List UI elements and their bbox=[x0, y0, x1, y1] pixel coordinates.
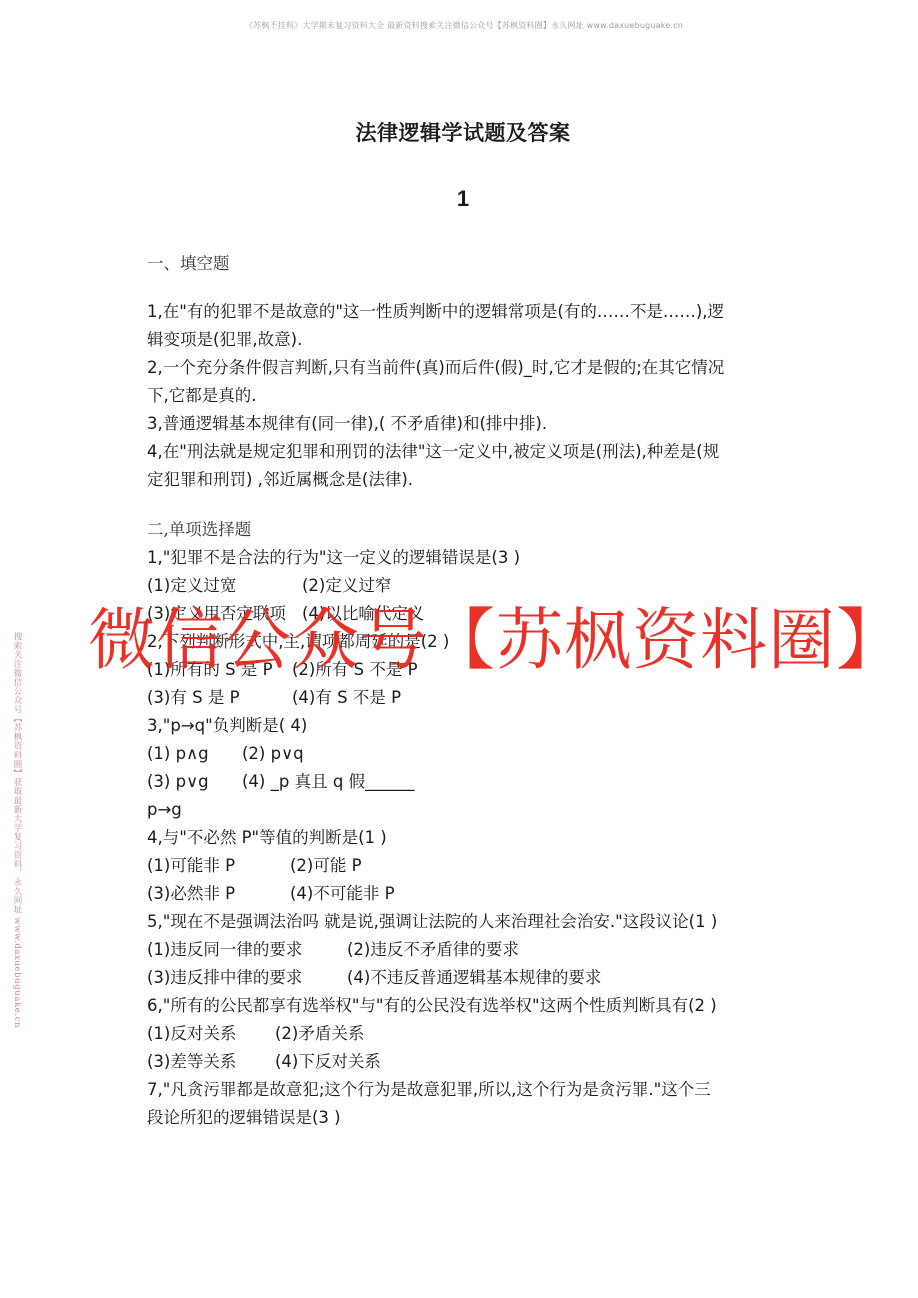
option: (2)可能 P bbox=[290, 852, 362, 880]
option: (1) p∧g bbox=[147, 740, 242, 768]
question-stem: 7,"凡贪污罪都是故意犯;这个行为是故意犯罪,所以,这个行为是贪污罪."这个三 bbox=[147, 1076, 777, 1104]
question-stem: 2,下列判断形式中,主,谓项都周延的是(2 ) bbox=[147, 628, 777, 656]
paragraph-line: 4,在"刑法就是规定犯罪和刑罚的法律"这一定义中,被定义项是(刑法),种差是(规 bbox=[147, 438, 777, 466]
header-banner: 《苏枫不挂科》大学期末复习资料大全 最新资料搜索关注微信公众号【苏枫资料圈】永久… bbox=[0, 20, 918, 31]
paragraph-line: 下,它都是真的. bbox=[147, 382, 777, 410]
option-row: (3)定义用否定联项(4)以比喻代定义 bbox=[147, 600, 777, 628]
option: (2)定义过窄 bbox=[302, 572, 391, 600]
question-stem: 6,"所有的公民都享有选举权"与"有的公民没有选举权"这两个性质判断具有(2 ) bbox=[147, 992, 777, 1020]
option: (1)定义过宽 bbox=[147, 572, 302, 600]
side-banner: 搜索关注微信公众号【苏枫资料圈】获取最新大学复习资料，永久网址 www.daxu… bbox=[10, 632, 24, 1028]
option: (2) p∨q bbox=[242, 740, 304, 768]
document-body: 一、填空题 1,在"有的犯罪不是故意的"这一性质判断中的逻辑常项是(有的……不是… bbox=[147, 250, 777, 1132]
option-row: (1)违反同一律的要求(2)违反不矛盾律的要求 bbox=[147, 936, 777, 964]
option: (3)有 S 是 P bbox=[147, 684, 292, 712]
option: (2)违反不矛盾律的要求 bbox=[347, 936, 519, 964]
option: (4)不违反普通逻辑基本规律的要求 bbox=[347, 964, 601, 992]
option-row: (3) p∨g(4) _p 真且 q 假______ bbox=[147, 768, 777, 796]
option-row: (1)所有的 S 是 P(2)所有 S 不是 P bbox=[147, 656, 777, 684]
paragraph-line: 3,普通逻辑基本规律有(同一律),( 不矛盾律)和(排中排). bbox=[147, 410, 777, 438]
option: (3)差等关系 bbox=[147, 1048, 275, 1076]
option: (1)违反同一律的要求 bbox=[147, 936, 347, 964]
paragraph-line: 1,在"有的犯罪不是故意的"这一性质判断中的逻辑常项是(有的……不是……),逻 bbox=[147, 298, 777, 326]
option: (1)反对关系 bbox=[147, 1020, 275, 1048]
option-row: (1)可能非 P(2)可能 P bbox=[147, 852, 777, 880]
option: (2)矛盾关系 bbox=[275, 1020, 364, 1048]
option-row: (3)违反排中律的要求(4)不违反普通逻辑基本规律的要求 bbox=[147, 964, 777, 992]
option-row: (1)反对关系(2)矛盾关系 bbox=[147, 1020, 777, 1048]
option: (4)有 S 不是 P bbox=[292, 684, 401, 712]
question-stem: 5,"现在不是强调法治吗 就是说,强调让法院的人来治理社会治安."这段议论(1 … bbox=[147, 908, 777, 936]
question-stem: 1,"犯罪不是合法的行为"这一定义的逻辑错误是(3 ) bbox=[147, 544, 777, 572]
question-stem: 段论所犯的逻辑错误是(3 ) bbox=[147, 1104, 777, 1132]
document-title: 法律逻辑学试题及答案 bbox=[0, 117, 918, 147]
paragraph-line: 辑变项是(犯罪,故意). bbox=[147, 326, 777, 354]
option: (3)违反排中律的要求 bbox=[147, 964, 347, 992]
section-heading-single-choice: 二,单项选择题 bbox=[147, 516, 777, 544]
paragraph-line: 定犯罪和刑罚) ,邻近属概念是(法律). bbox=[147, 466, 777, 494]
paragraph-line: 2,一个充分条件假言判断,只有当前件(真)而后件(假)_时,它才是假的;在其它情… bbox=[147, 354, 777, 382]
option: (4)以比喻代定义 bbox=[302, 600, 424, 628]
option: (4)不可能非 P bbox=[290, 880, 395, 908]
option-row: (3)必然非 P(4)不可能非 P bbox=[147, 880, 777, 908]
section-heading-fill-blank: 一、填空题 bbox=[147, 250, 777, 278]
question-stem: 4,与"不必然 P"等值的判断是(1 ) bbox=[147, 824, 777, 852]
option: (1)可能非 P bbox=[147, 852, 290, 880]
option-row: (1) p∧g(2) p∨q bbox=[147, 740, 777, 768]
option: (4) _p 真且 q 假______ bbox=[242, 768, 415, 796]
option: (3)定义用否定联项 bbox=[147, 600, 302, 628]
option-row: (3)差等关系(4)下反对关系 bbox=[147, 1048, 777, 1076]
option-row: (3)有 S 是 P(4)有 S 不是 P bbox=[147, 684, 777, 712]
option-row: (1)定义过宽(2)定义过窄 bbox=[147, 572, 777, 600]
option: (1)所有的 S 是 P bbox=[147, 656, 292, 684]
option: (3)必然非 P bbox=[147, 880, 290, 908]
option: (2)所有 S 不是 P bbox=[292, 656, 418, 684]
question-extra: p→g bbox=[147, 796, 777, 824]
document-number: 1 bbox=[0, 186, 918, 212]
question-stem: 3,"p→q"负判断是( 4) bbox=[147, 712, 777, 740]
option: (4)下反对关系 bbox=[275, 1048, 381, 1076]
option: (3) p∨g bbox=[147, 768, 242, 796]
